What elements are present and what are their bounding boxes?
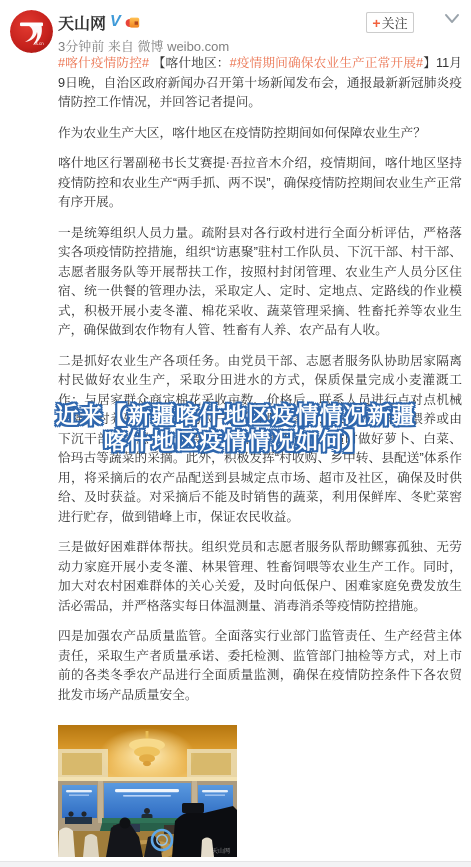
paragraph: 喀什地区行署副秘书长艾赛提·吾拉音木介绍，疫情期间，喀什地区坚持疫情防控和农业生… <box>58 154 462 213</box>
card-bottom-divider <box>0 861 471 867</box>
paragraph: 四是加强农产品质量监管。全面落实行业部门监管责任、生产经营主体责任，采取生产者质… <box>58 627 462 705</box>
paragraph: 一是统筹组织人员力量。疏附县对各行政村进行全面分析评估，严格落实各项疫情防控措施… <box>58 224 462 341</box>
user-name-row: 天山网 V <box>58 12 140 32</box>
paragraph: 二是抓好农业生产各项任务。由党员干部、志愿者服务队协助居家隔离村民做好农业生产，… <box>58 352 462 528</box>
plus-icon: + <box>372 16 380 30</box>
press-conference-scene: 天山网 <box>58 725 237 857</box>
tianshan-logo-icon: ts.cn <box>10 10 53 53</box>
hashtag-link[interactable]: #疫情期间确保农业生产正常开展# <box>230 56 424 70</box>
follow-label: 关注 <box>382 13 408 32</box>
user-name[interactable]: 天山网 <box>58 11 106 34</box>
paragraph: 作为农业生产大区，喀什地区在疫情防控期间如何保障农业生产？ <box>58 124 462 144</box>
timestamp-source[interactable]: 3分钟前 来自 微博 weibo.com <box>58 36 229 55</box>
paragraph: #喀什疫情防控# 【喀什地区：#疫情期间确保农业生产正常开展#】11月9日晚，自… <box>58 54 462 113</box>
text-segment: 喀什地区行署副秘书长艾赛提·吾拉音木介绍，疫情期间，喀什地区坚持疫情防控和农业生… <box>58 156 462 209</box>
chevron-down-icon[interactable] <box>444 12 460 24</box>
photo-watermark: 天山网 <box>212 847 230 855</box>
verified-v-icon: V <box>110 14 121 30</box>
member-badge-icon <box>125 16 140 29</box>
svg-text:ts.cn: ts.cn <box>34 41 44 46</box>
follow-button[interactable]: + 关注 <box>366 12 414 33</box>
text-segment: 作为农业生产大区，喀什地区在疫情防控期间如何保障农业生产？ <box>58 126 426 140</box>
post-text: #喀什疫情防控# 【喀什地区：#疫情期间确保农业生产正常开展#】11月9日晚，自… <box>58 54 462 716</box>
text-segment: 一是统筹组织人员力量。疏附县对各行政村进行全面分析评估，严格落实各项疫情防控措施… <box>58 226 462 338</box>
hashtag-link[interactable]: #喀什疫情防控# <box>58 56 153 70</box>
paragraph: 三是做好困难群体帮扶。组织党员和志愿者服务队帮助鳏寡孤独、无劳动力家庭开展小麦冬… <box>58 538 462 616</box>
text-segment: 【喀什地区： <box>153 56 230 70</box>
text-segment: 三是做好困难群体帮扶。组织党员和志愿者服务队帮助鳏寡孤独、无劳动力家庭开展小麦冬… <box>58 540 462 613</box>
text-segment: 二是抓好农业生产各项任务。由党员干部、志愿者服务队协助居家隔离村民做好农业生产，… <box>58 354 462 524</box>
avatar[interactable]: ts.cn <box>10 10 53 53</box>
text-segment: 四是加强农产品质量监管。全面落实行业部门监管责任、生产经营主体责任，采取生产者质… <box>58 629 462 702</box>
press-conference-photo[interactable]: 天山网 <box>58 725 237 857</box>
